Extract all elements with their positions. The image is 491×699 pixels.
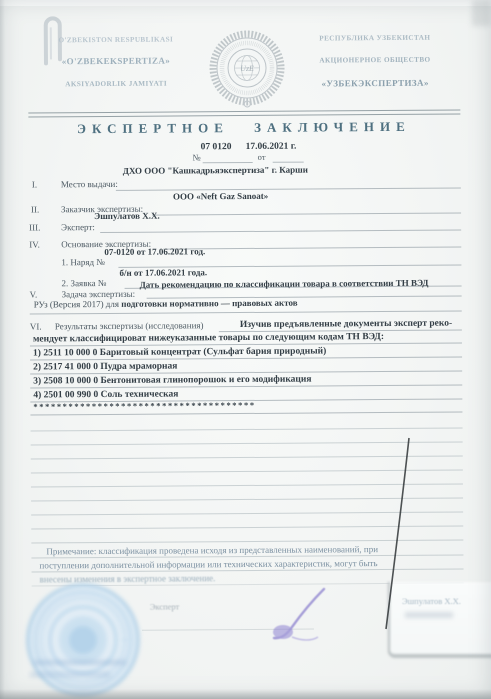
ruled-line (203, 162, 253, 163)
place-value: ДХО ООО "Кашкадрьяэкспертиза" г. Карши (123, 166, 308, 177)
result-item-4: 4) 2501 00 990 0 Соль техническая (33, 389, 178, 400)
results-separator: ************************************** (33, 401, 255, 412)
application-value: б/н от 17.06.2021 года. (119, 268, 207, 279)
document-date: 17.06.2021 г. (246, 142, 297, 153)
result-item-2: 2) 2517 41 000 0 Пудра мраморная (33, 361, 177, 372)
ruled-line (31, 455, 463, 459)
results-intro: Изучив предъявленные документы эксперт р… (240, 319, 452, 331)
seal-center-text: UzE (240, 64, 254, 73)
number-sign-label: № (193, 153, 201, 162)
header-divider (28, 113, 460, 117)
ruled-line (30, 411, 462, 415)
place-label: Место выдачи: (61, 180, 118, 190)
letterhead-left-line3: AKSIYADORLIK JAMIYATI (38, 80, 194, 89)
section-num-6: VI. (30, 322, 42, 332)
ruled-line (31, 511, 463, 515)
signature-expert-name: Эшпулатов Х.Х. (402, 597, 461, 606)
ruled-line (163, 246, 461, 249)
ruled-line (31, 441, 463, 445)
section-num-4: IV. (29, 240, 40, 250)
signature-line (142, 629, 314, 631)
section-num-2: II. (31, 205, 39, 215)
ruled-line (152, 212, 461, 215)
order-value: 07-0120 от 17.06.2021 год. (104, 247, 205, 258)
expert-value: Эшпулатов Х.Х. (94, 212, 160, 222)
section-num-1: I. (32, 180, 37, 190)
company-seal-icon: UzE (208, 28, 287, 113)
ruled-line (31, 427, 463, 431)
signature-expert-label: Эксперт (150, 602, 180, 612)
ruled-line (273, 162, 304, 163)
from-label: от (258, 153, 266, 162)
ruled-line (116, 187, 461, 190)
task-continuation-bold: подготовки нормативно — правовых актов (121, 298, 297, 309)
ruled-line (31, 539, 463, 543)
letterhead-right-line3: «УЗБЕКЭКСПЕРТИЗА» (296, 79, 454, 90)
customer-value: ООО «Neft Gaz Sanoat» (173, 192, 268, 203)
document-title: ЭКСПЕРТНОЕ ЗАКЛЮЧЕНИЕ (0, 119, 489, 137)
document-content: O'ZBEKISTON RESPUBLIKASI «O'ZBEKEKSPERTI… (0, 0, 491, 699)
letterhead-right-line2: АКЦИОНЕРНОЕ ОБЩЕСТВО (296, 57, 454, 66)
ruled-line (100, 229, 461, 233)
task-continuation: РУз (Версия 2017) для подготовки нормати… (34, 299, 298, 311)
letterhead-left-line1: O'ZBEKISTON RESPUBLIKASI (38, 36, 194, 45)
section-num-3: III. (29, 223, 40, 233)
application-label: 2. Заявка № (62, 279, 107, 289)
ruled-line (31, 483, 463, 487)
task-value: Дать рекомендацию по классификации товар… (140, 279, 429, 291)
document-number: 07 0120 (201, 142, 232, 153)
scanned-document-page: O'ZBEKISTON RESPUBLIKASI «O'ZBEKEKSPERTI… (0, 0, 491, 699)
expert-label: Эксперт: (61, 223, 95, 233)
letterhead-right-line1: РЕСПУБЛИКА УЗБЕКИСТАН (296, 35, 454, 44)
task-continuation-normal: РУз (Версия 2017) для (34, 299, 122, 310)
ruled-line (30, 310, 462, 314)
order-label: 1. Наряд № (61, 258, 105, 268)
ruled-line (31, 469, 463, 473)
ruled-line (31, 525, 463, 529)
ruled-line (31, 497, 463, 501)
results-label: Результаты экспертизы (исследования) (55, 321, 204, 332)
letterhead-left-line2: «O'ZBEKEKSPERTIZA» (38, 56, 194, 67)
